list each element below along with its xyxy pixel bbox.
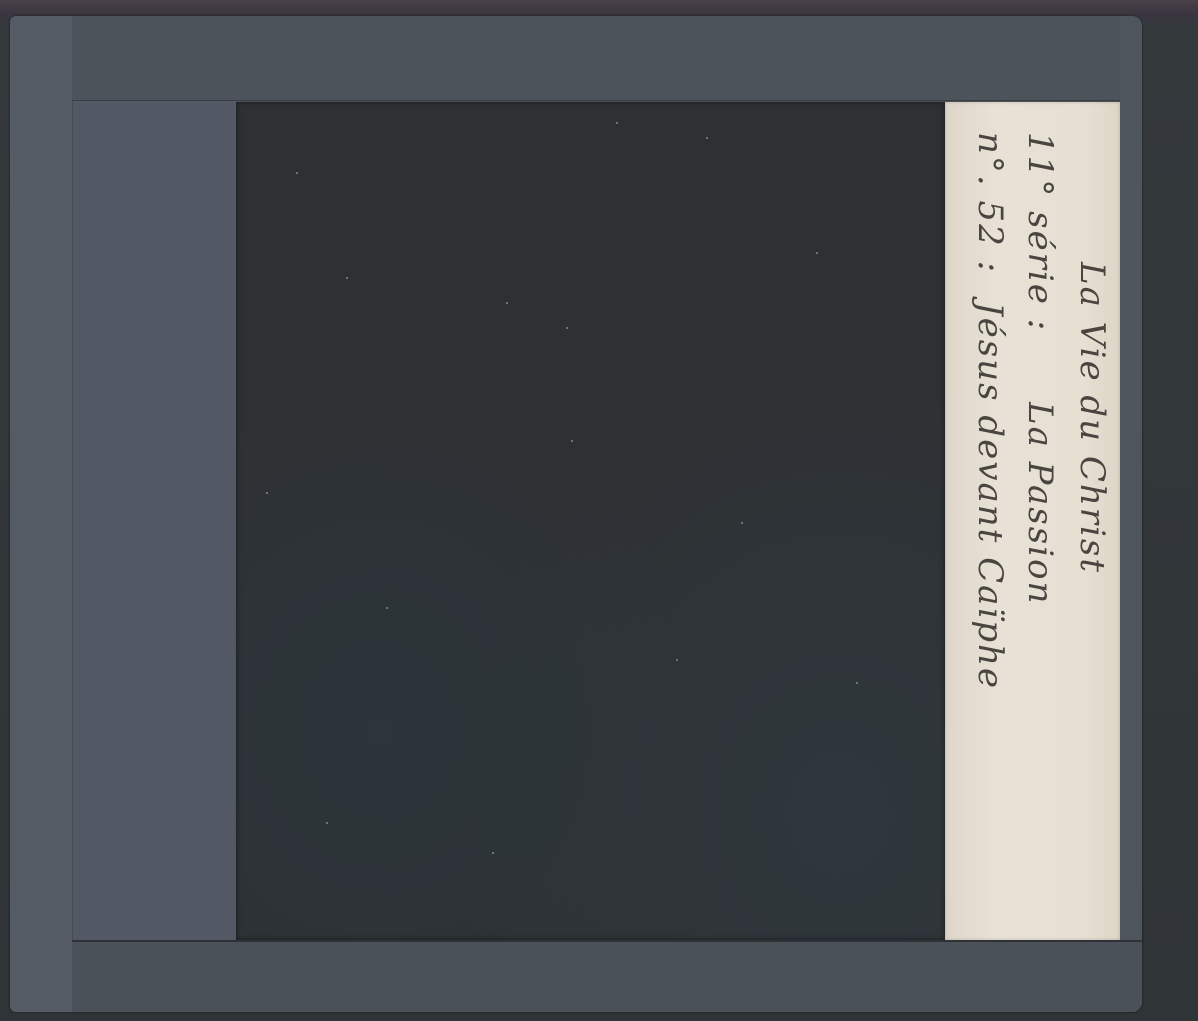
dust-speck (571, 440, 573, 442)
handwritten-label: La Vie du Christ 11° série : La Passion … (945, 102, 1120, 940)
dust-speck (326, 822, 328, 824)
label-item-number: n°. 52 : (970, 132, 1010, 274)
label-text-rotated: La Vie du Christ 11° série : La Passion … (945, 102, 1120, 940)
dust-speck (346, 277, 348, 279)
binding-tape-top (72, 16, 1142, 101)
dust-speck (616, 122, 618, 124)
label-title: La Vie du Christ (1072, 262, 1112, 574)
slide-image-area (236, 102, 945, 940)
label-item-name: Jésus devant Caïphe (970, 302, 1010, 690)
dust-speck (266, 492, 268, 494)
dust-speck (506, 302, 508, 304)
dust-speck (676, 659, 678, 661)
binding-tape-left (72, 16, 237, 1012)
binding-tape-right (1120, 16, 1142, 1012)
label-series-name: La Passion (1020, 402, 1060, 605)
dust-speck (386, 607, 388, 609)
dust-speck (741, 522, 743, 524)
binding-tape-bottom (72, 940, 1142, 1012)
lantern-slide: La Vie du Christ 11° série : La Passion … (10, 16, 1142, 1012)
dust-speck (816, 252, 818, 254)
dust-speck (706, 137, 708, 139)
binding-tape-left-outer (10, 16, 72, 1012)
dust-speck (856, 682, 858, 684)
dust-speck (492, 852, 494, 854)
dust-speck (296, 172, 298, 174)
dust-speck (566, 327, 568, 329)
label-series-number: 11° série : (1020, 132, 1060, 332)
